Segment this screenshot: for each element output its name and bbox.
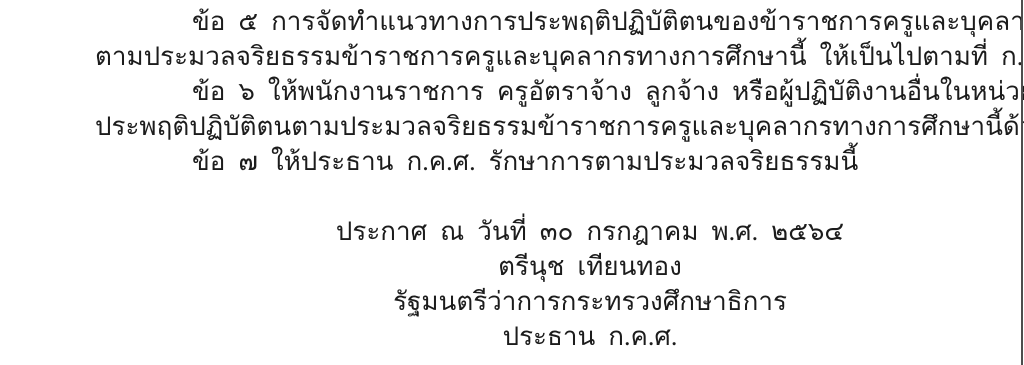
signer-role: ประธาน ก.ค.ศ. [78, 319, 1024, 354]
proclamation-date-line: ประกาศ ณ วันที่ ๓๐ กรกฎาคม พ.ศ. ๒๕๖๔ [78, 214, 1024, 249]
document-page: ข้อ ๕ การจัดทำแนวทางการประพฤติปฏิบัติตนข… [0, 0, 1024, 365]
scan-page-edge-line [1021, 0, 1023, 365]
clause-5-line-2: ตามประมวลจริยธรรมข้าราชการครูและบุคลากรท… [95, 39, 924, 74]
signer-name: ตรีนุช เทียนทอง [78, 249, 1024, 284]
clause-6-line-1: ข้อ ๖ ให้พนักงานราชการ ครูอัตราจ้าง ลูกจ… [95, 74, 924, 109]
document-body: ข้อ ๕ การจัดทำแนวทางการประพฤติปฏิบัติตนข… [0, 4, 1024, 179]
clause-7-line: ข้อ ๗ ให้ประธาน ก.ค.ศ. รักษาการตามประมวล… [95, 144, 924, 179]
clause-6-line-2: ประพฤติปฏิบัติตนตามประมวลจริยธรรมข้าราชก… [95, 109, 924, 144]
signature-block: ประกาศ ณ วันที่ ๓๐ กรกฎาคม พ.ศ. ๒๕๖๔ ตรี… [78, 214, 1024, 354]
signer-title: รัฐมนตรีว่าการกระทรวงศึกษาธิการ [78, 284, 1024, 319]
clause-5-line-1: ข้อ ๕ การจัดทำแนวทางการประพฤติปฏิบัติตนข… [95, 4, 924, 39]
